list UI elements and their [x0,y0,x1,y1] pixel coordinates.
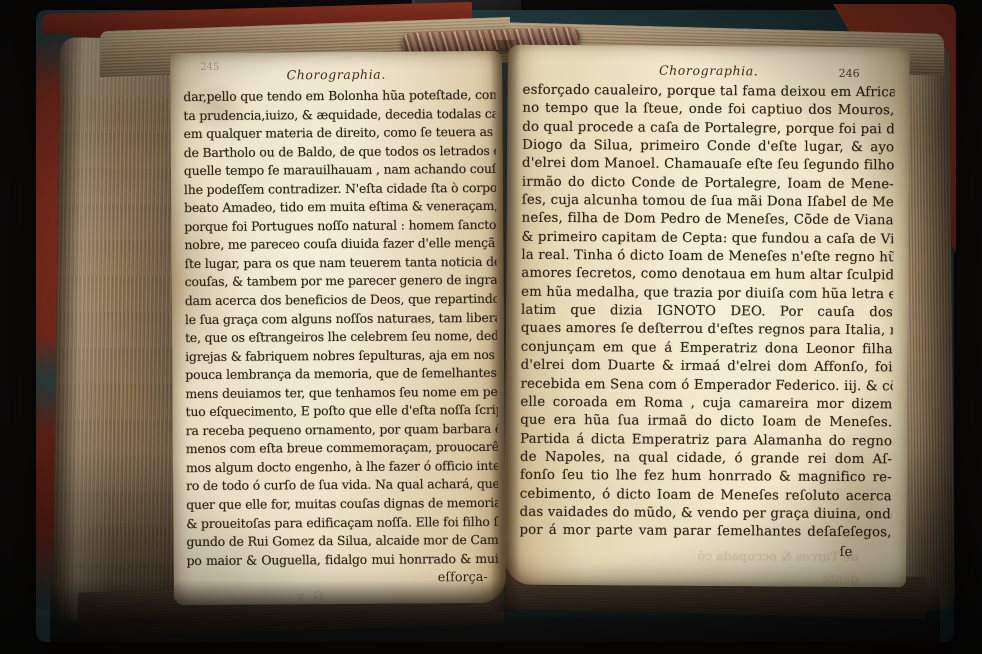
photo-vignette [0,0,982,654]
